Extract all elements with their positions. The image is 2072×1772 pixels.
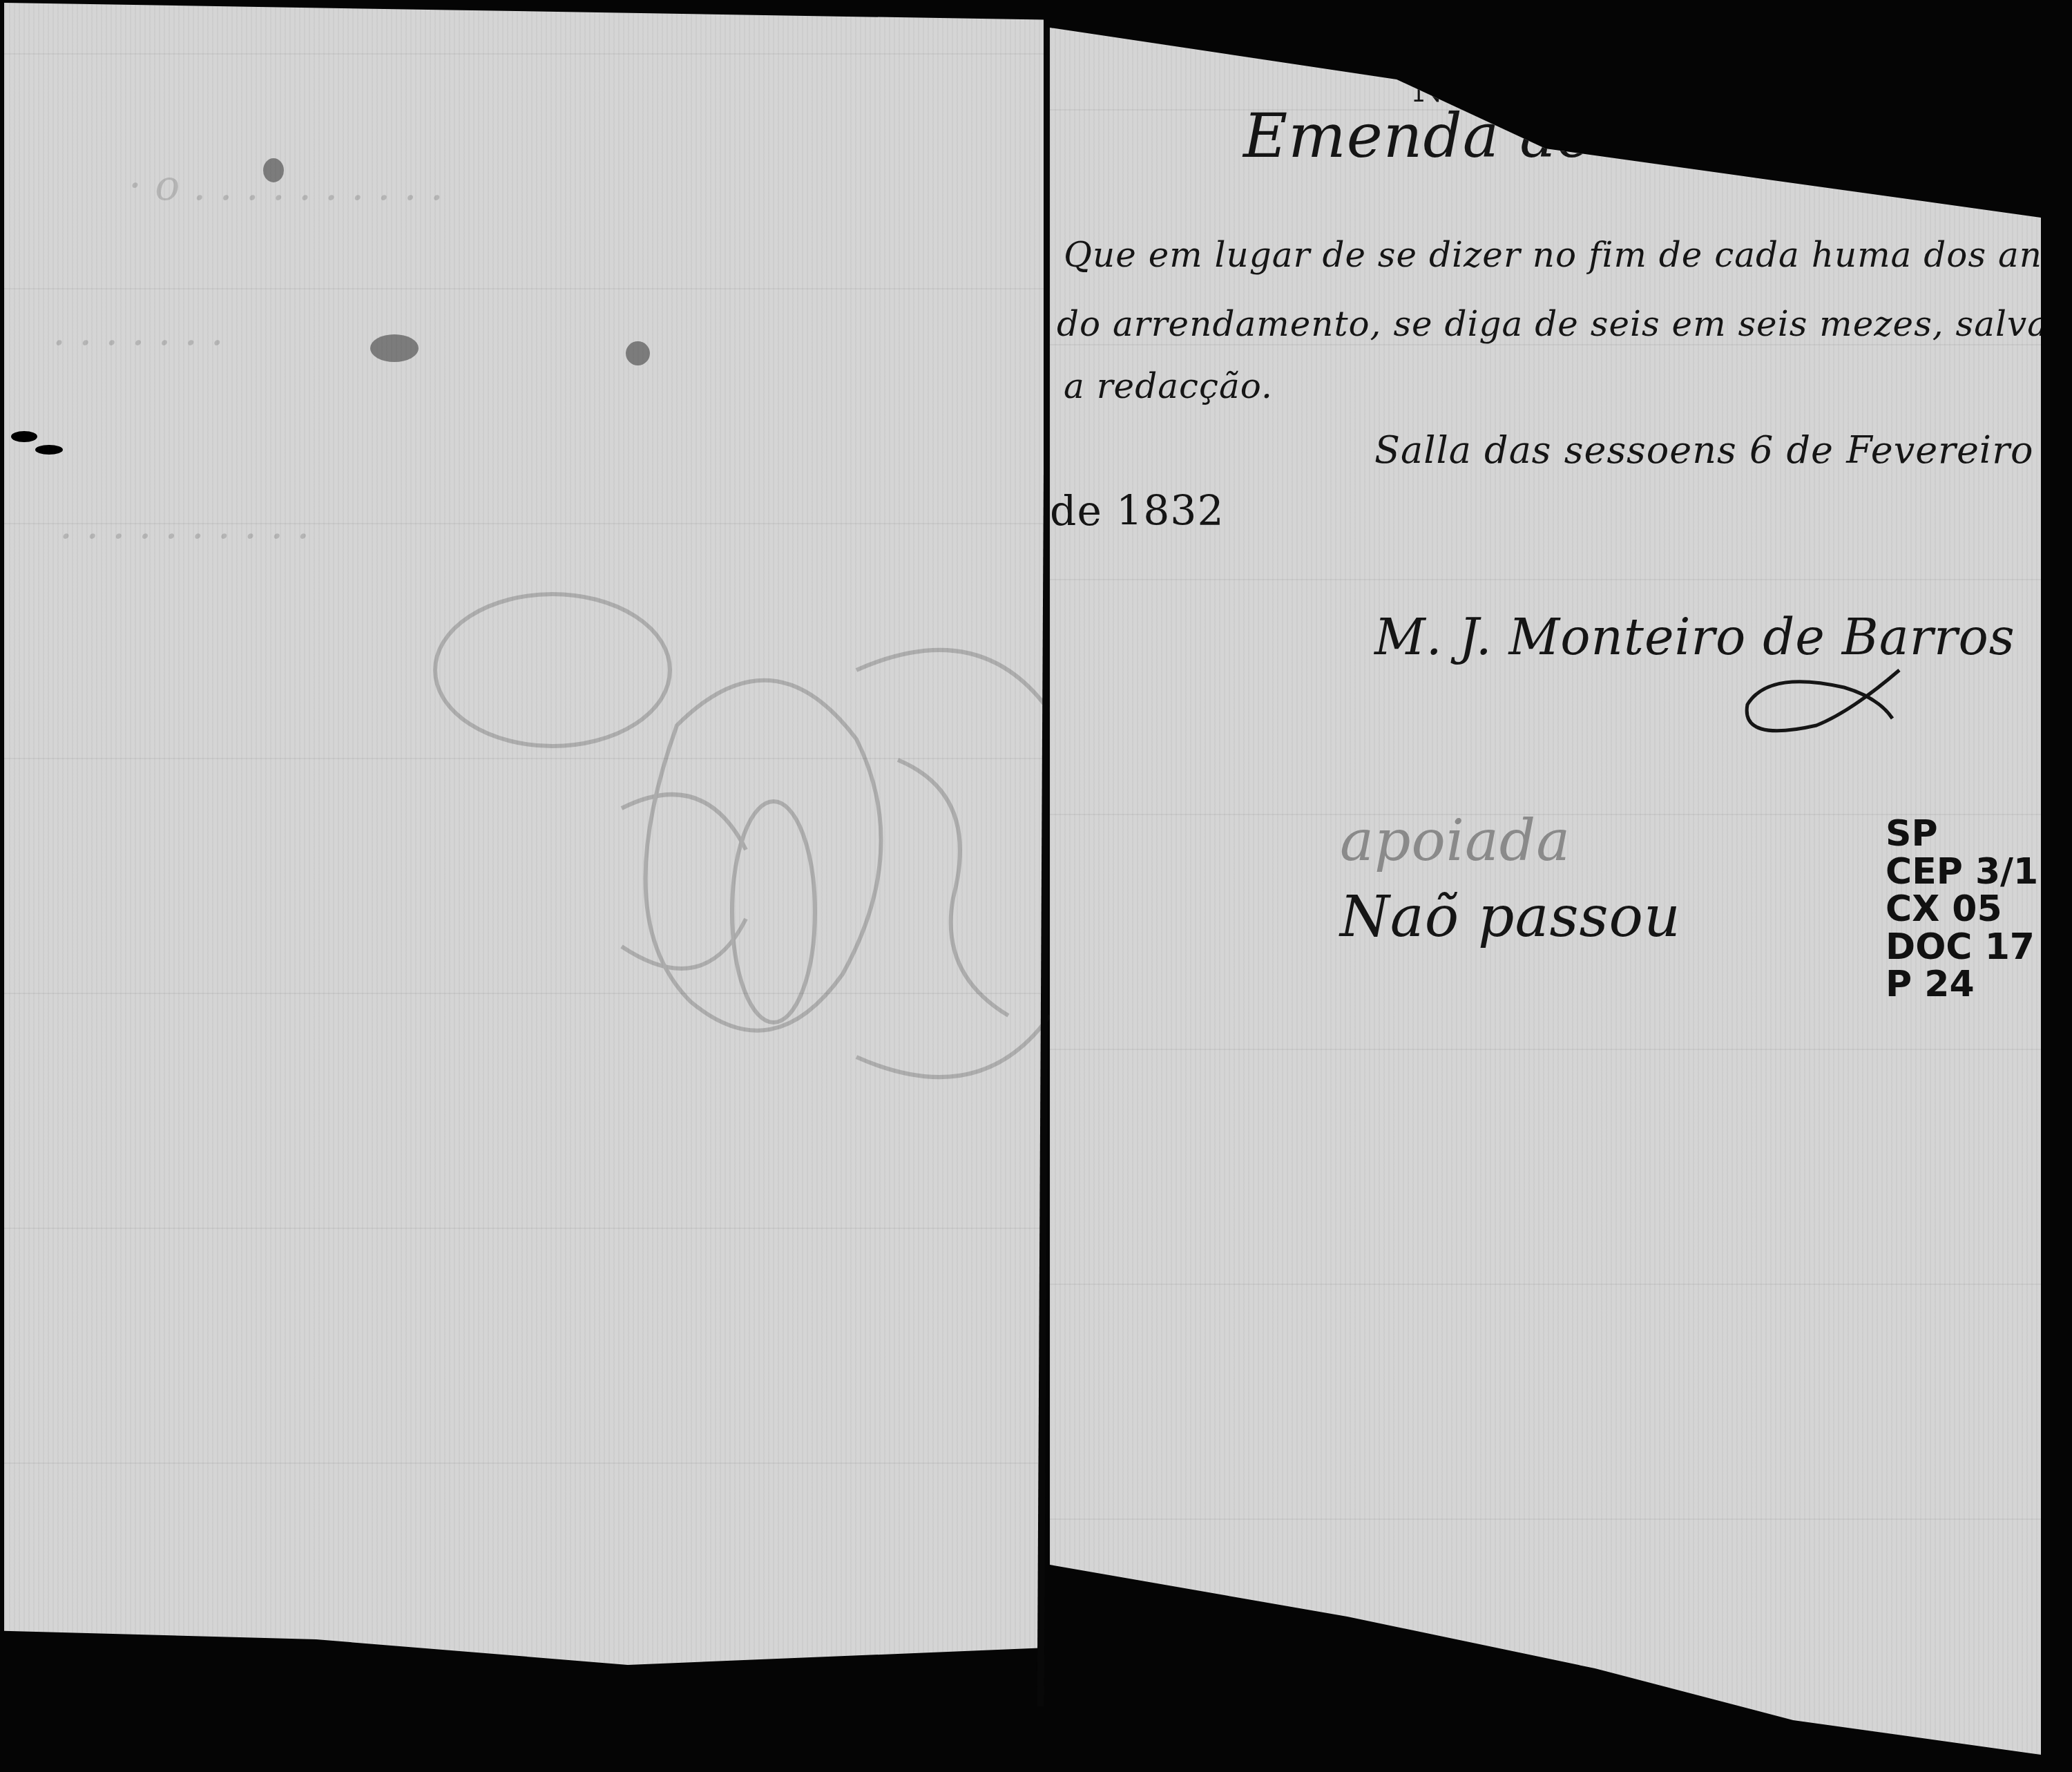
body-line: Que em lugar de se dizer no fim de cada …: [1064, 235, 2072, 275]
archive-reference: SP CEP 3/1 CX 05 DOC 17 P 24: [1886, 815, 2038, 1004]
archive-line: DOC 17: [1886, 928, 2038, 966]
pencil-note: apoiada: [1340, 808, 1571, 874]
ink-blot: [263, 158, 284, 182]
body-line: do arrendamento, se diga de seis em seis…: [1057, 304, 2049, 344]
ink-mark: [35, 445, 63, 455]
bleed-through-line: · o . . . . . . . . . .: [128, 162, 443, 210]
bleed-through-line: . . . . . . . . . .: [59, 500, 309, 549]
ink-mark: [11, 431, 37, 442]
ink-blot: [626, 341, 650, 365]
archive-line: SP: [1886, 815, 2038, 853]
ink-note: Naõ passou: [1340, 884, 1681, 950]
bleed-through-line: . . . . . . .: [52, 307, 224, 355]
archive-line: CEP 3/1: [1886, 853, 2038, 891]
right-page: Nº 6 Emenda ao Artigo 24 Que em lugar de…: [1050, 28, 2041, 1755]
place-date-line: Salla das sessoens 6 de Fevereiro: [1374, 428, 2033, 472]
archive-line: P 24: [1886, 966, 2038, 1004]
watermark-crest-icon: [414, 587, 1071, 1140]
signature: M. J. Monteiro de Barros: [1374, 608, 2015, 666]
signature-flourish-icon: [1727, 656, 1906, 739]
ink-blot: [370, 334, 419, 362]
archive-line: CX 05: [1886, 890, 2038, 928]
body-line: a redacção.: [1064, 366, 1273, 406]
amendment-heading: Emenda ao Artigo 24: [1243, 100, 1909, 171]
year-line: de 1832: [1050, 487, 1225, 535]
